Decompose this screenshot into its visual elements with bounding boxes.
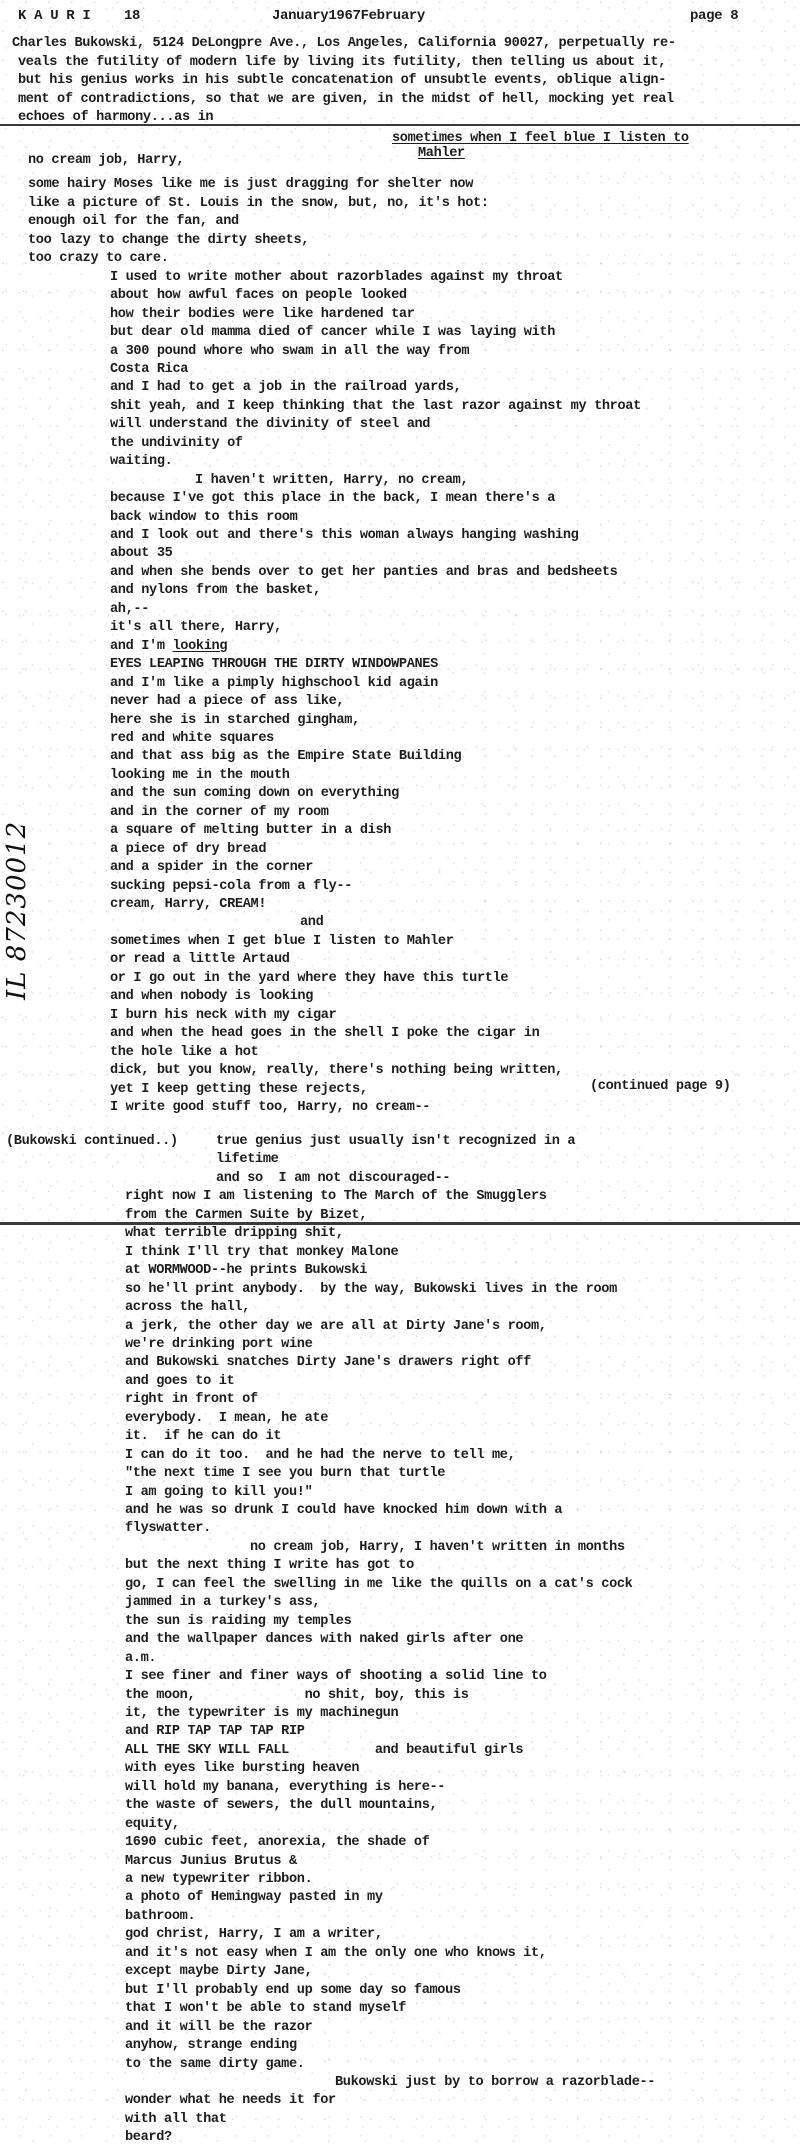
text-line: how their bodies were like hardened tar [110, 306, 415, 323]
text-line: it's all there, Harry, [110, 619, 282, 636]
text-line: a piece of dry bread [110, 841, 266, 858]
text-line: what terrible dripping shit, [125, 1225, 344, 1242]
text-line: the undivinity of [110, 435, 243, 452]
text-line: at WORMWOOD--he prints Bukowski [125, 1262, 367, 1279]
handwritten-archive-number: IL 87230012 [2, 821, 32, 1000]
text-line: Charles Bukowski, 5124 DeLongpre Ave., L… [12, 35, 676, 52]
text-line: with eyes like bursting heaven [125, 1760, 359, 1777]
text-line: too lazy to change the dirty sheets, [28, 232, 309, 249]
text-line: and I'm looking [110, 638, 227, 655]
text-line: and when the head goes in the shell I po… [110, 1025, 539, 1042]
text-line: and nylons from the basket, [110, 582, 321, 599]
text-line: and it will be the razor [125, 2019, 312, 2036]
text-line: or read a little Artaud [110, 951, 290, 968]
text-line: I used to write mother about razorblades… [110, 269, 563, 286]
text-line: and so I am not discouraged-- [216, 1170, 450, 1187]
text-line: I haven't written, Harry, no cream, [195, 472, 468, 489]
text-line: enough oil for the fan, and [28, 213, 239, 230]
text-line: I write good stuff too, Harry, no cream-… [110, 1099, 430, 1116]
continuation-label: (Bukowski continued..) [6, 1133, 178, 1150]
text-line: or I go out in the yard where they have … [110, 970, 508, 987]
text-line: the waste of sewers, the dull mountains, [125, 1797, 437, 1814]
text-line: Marcus Junius Brutus & [125, 1853, 297, 1870]
text-line: bathroom. [125, 1908, 195, 1925]
text-line: right in front of [125, 1391, 258, 1408]
text-line: and the sun coming down on everything [110, 785, 399, 802]
text-line: but the next thing I write has got to [125, 1557, 414, 1574]
text-line: jammed in a turkey's ass, [125, 1594, 320, 1611]
text-line: and that ass big as the Empire State Bui… [110, 748, 461, 765]
text-line: never had a piece of ass like, [110, 693, 344, 710]
text-line: and a spider in the corner [110, 859, 313, 876]
text-line: but dear old mamma died of cancer while … [110, 324, 555, 341]
text-line: the sun is raiding my temples [125, 1613, 351, 1630]
text-line: red and white squares [110, 730, 274, 747]
magazine-name: K A U R I [18, 8, 90, 25]
text-line: and when she bends over to get her panti… [110, 564, 618, 581]
text-line: about 35 [110, 545, 172, 562]
text-line: a new typewriter ribbon. [125, 1871, 312, 1888]
section-divider [0, 124, 800, 126]
text-line: beard? [125, 2129, 172, 2146]
text-line: shit yeah, and I keep thinking that the … [110, 398, 641, 415]
text-line: it, the typewriter is my machinegun [125, 1705, 398, 1722]
text-line: but his genius works in his subtle conca… [18, 72, 666, 89]
text-line: go, I can feel the swelling in me like t… [125, 1576, 633, 1593]
text-line: will understand the divinity of steel an… [110, 416, 430, 433]
text-line: except maybe Dirty Jane, [125, 1963, 312, 1980]
text-line: I can do it too. and he had the nerve to… [125, 1447, 515, 1464]
continued-note: (continued page 9) [590, 1078, 731, 1095]
text-line: the hole like a hot [110, 1044, 258, 1061]
issue-date: January1967February [272, 8, 425, 25]
text-line: waiting. [110, 453, 172, 470]
text-line: right now I am listening to The March of… [125, 1188, 547, 1205]
text-line: anyhow, strange ending [125, 2037, 297, 2054]
text-line: no cream job, Harry, [28, 152, 184, 169]
text-line: dick, but you know, really, there's noth… [110, 1062, 563, 1079]
text-line: veals the futility of modern life by liv… [18, 54, 666, 71]
text-line: I see finer and finer ways of shooting a… [125, 1668, 547, 1685]
text-line: here she is in starched gingham, [110, 712, 360, 729]
text-line: but I'll probably end up some day so fam… [125, 1982, 461, 1999]
text-line: and RIP TAP TAP TAP RIP [125, 1723, 305, 1740]
text-line: I think I'll try that monkey Malone [125, 1244, 398, 1261]
text-line: a square of melting butter in a dish [110, 822, 391, 839]
text-line: to the same dirty game. [125, 2056, 305, 2073]
text-line: Bukowski just by to borrow a razorblade-… [335, 2074, 655, 2091]
text-line: true genius just usually isn't recognize… [216, 1133, 575, 1150]
text-line: everybody. I mean, he ate [125, 1410, 328, 1427]
page-number: page 8 [690, 8, 738, 25]
text-line: ah,-- [110, 601, 149, 618]
text-line: and he was so drunk I could have knocked… [125, 1502, 562, 1519]
text-line: a jerk, the other day we are all at Dirt… [125, 1318, 547, 1335]
text-line: and goes to it [125, 1373, 234, 1390]
text-line: we're drinking port wine [125, 1336, 312, 1353]
text-line: sometimes when I get blue I listen to Ma… [110, 933, 454, 950]
text-line: EYES LEAPING THROUGH THE DIRTY WINDOWPAN… [110, 656, 438, 673]
text-line: and in the corner of my room [110, 804, 329, 821]
text-line: sucking pepsi-cola from a fly-- [110, 878, 352, 895]
text-line: a 300 pound whore who swam in all the wa… [110, 343, 469, 360]
text-line: and [300, 914, 323, 931]
text-line: Costa Rica [110, 361, 188, 378]
text-line: with all that [125, 2111, 227, 2128]
text-line: 1690 cubic feet, anorexia, the shade of [125, 1834, 430, 1851]
underlined-word: looking [172, 639, 227, 654]
text-line: like a picture of St. Louis in the snow,… [28, 195, 489, 212]
poem-title-continued: Mahler [418, 145, 465, 162]
text-line: the moon, no shit, boy, this is [125, 1687, 469, 1704]
text-line: and it's not easy when I am the only one… [125, 1945, 547, 1962]
text-line: equity, [125, 1816, 180, 1833]
text-line: flyswatter. [125, 1520, 211, 1537]
text-line: and I had to get a job in the railroad y… [110, 379, 461, 396]
text-line: and Bukowski snatches Dirty Jane's drawe… [125, 1354, 531, 1371]
text-line: that I won't be able to stand myself [125, 2000, 406, 2017]
text-line: god christ, Harry, I am a writer, [125, 1926, 383, 1943]
text-line: and when nobody is looking [110, 988, 313, 1005]
text-line: a photo of Hemingway pasted in my [125, 1889, 383, 1906]
text-line: too crazy to care. [28, 250, 169, 267]
text-line: so he'll print anybody. by the way, Buko… [125, 1281, 617, 1298]
text-line: about how awful faces on people looked [110, 287, 407, 304]
text-line: across the hall, [125, 1299, 250, 1316]
text-line: ALL THE SKY WILL FALL and beautiful girl… [125, 1742, 523, 1759]
text-line: a.m. [125, 1650, 156, 1667]
text-line: ment of contradictions, so that we are g… [18, 91, 674, 108]
text-line: some hairy Moses like me is just draggin… [28, 176, 473, 193]
text-line: "the next time I see you burn that turtl… [125, 1465, 445, 1482]
text-line: because I've got this place in the back,… [110, 490, 555, 507]
text-line: and I look out and there's this woman al… [110, 527, 578, 544]
text-line: I am going to kill you!" [125, 1484, 312, 1501]
text-line: and the wallpaper dances with naked girl… [125, 1631, 523, 1648]
page-fold-line [0, 1222, 800, 1225]
text-line: looking me in the mouth [110, 767, 290, 784]
text-line: no cream job, Harry, I haven't written i… [250, 1539, 625, 1556]
text-line: it. if he can do it [125, 1428, 281, 1445]
issue-number: 18 [124, 8, 140, 25]
text-line: lifetime [216, 1151, 278, 1168]
text-line: and I'm like a pimply highschool kid aga… [110, 675, 438, 692]
text-line: I burn his neck with my cigar [110, 1007, 336, 1024]
text-line: yet I keep getting these rejects, [110, 1081, 368, 1098]
text-line: wonder what he needs it for [125, 2092, 336, 2109]
text-line: cream, Harry, CREAM! [110, 896, 266, 913]
text-line: will hold my banana, everything is here-… [125, 1779, 445, 1796]
text-line: back window to this room [110, 509, 297, 526]
